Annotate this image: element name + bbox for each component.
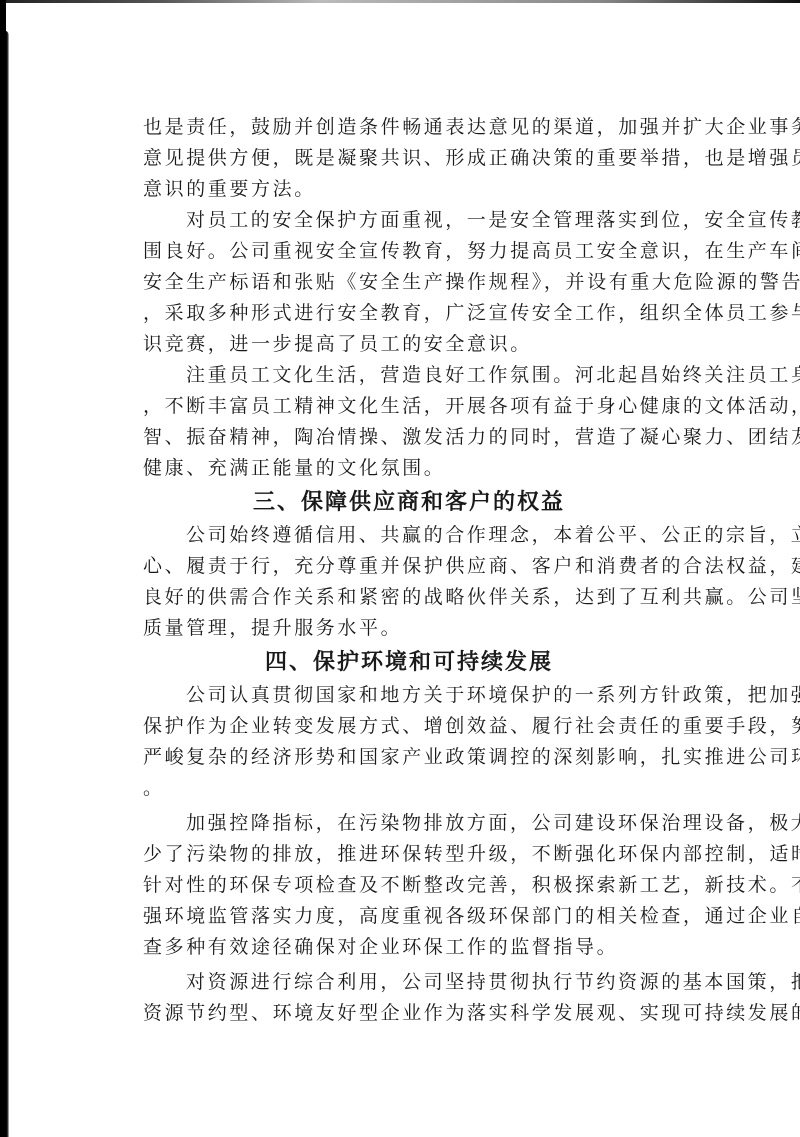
text-line: 也是责任，鼓励并创造条件畅通表达意见的渠道，加强并扩大企业事务公开表达 (143, 112, 669, 143)
text-line: 健康、充满正能量的文化氛围。 (143, 453, 669, 484)
text-line: 智、振奋精神，陶冶情操、激发活力的同时，营造了凝心聚力、团结友爱、积极 (143, 422, 669, 453)
paragraph-responsibility-continued: 也是责任，鼓励并创造条件畅通表达意见的渠道，加强并扩大企业事务公开表达 意见提供… (143, 112, 669, 205)
text-line: 意识的重要方法。 (143, 174, 669, 205)
text-line: 安全生产标语和张贴《安全生产操作规程》，并设有重大危险源的警告标识牌 (143, 267, 669, 298)
paragraph-environmental-policy: 公司认真贯彻国家和地方关于环境保护的一系列方针政策，把加强环境 保护作为企业转变… (143, 680, 669, 804)
scan-edge-top (0, 0, 800, 3)
section-heading-environment-sustainability: 四、保护环境和可持续发展 (143, 644, 669, 680)
section-heading-supplier-customer-rights: 三、保障供应商和客户的权益 (143, 484, 669, 520)
text-line: 良好的供需合作关系和紧密的战略伙伴关系，达到了互利共赢。公司坚持加强 (143, 582, 669, 613)
text-line: ，不断丰富员工精神文化生活，开展各项有益于身心健康的文体活动，在强身益 (143, 391, 669, 422)
text-line: 公司认真贯彻国家和地方关于环境保护的一系列方针政策，把加强环境 (143, 680, 669, 711)
text-line: 对员工的安全保护方面重视，一是安全管理落实到位，安全宣传教育氛 (143, 205, 669, 236)
text-line: 公司始终遵循信用、共赢的合作理念，本着公平、公正的宗旨，立责于 (143, 520, 669, 551)
text-line: 保护作为企业转变发展方式、增创效益、履行社会责任的重要手段，努力克服 (143, 711, 669, 742)
scan-edge-left (0, 30, 9, 1137)
document-page: 也是责任，鼓励并创造条件畅通表达意见的渠道，加强并扩大企业事务公开表达 意见提供… (143, 112, 669, 1029)
text-line: ，采取多种形式进行安全教育，广泛宣传安全工作，组织全体员工参与安全知 (143, 298, 669, 329)
text-line: 针对性的环保专项检查及不断整改完善，积极探索新工艺，新技术。不断加 (143, 870, 669, 901)
text-line: 识竞赛，进一步提高了员工的安全意识。 (143, 329, 669, 360)
text-line: 查多种有效途径确保对企业环保工作的监督指导。 (143, 932, 669, 963)
text-line: 。 (143, 773, 669, 804)
text-line: 围良好。公司重视安全宣传教育，努力提高员工安全意识，在生产车间悬挂 (143, 236, 669, 267)
text-line: 对资源进行综合利用，公司坚持贯彻执行节约资源的基本国策，把建设 (143, 967, 669, 998)
paragraph-resource-utilization: 对资源进行综合利用，公司坚持贯彻执行节约资源的基本国策，把建设 资源节约型、环境… (143, 967, 669, 1029)
paragraph-emission-control: 加强控降指标，在污染物排放方面，公司建设环保治理设备，极大地减 少了污染物的排放… (143, 808, 669, 963)
text-line: 强环境监管落实力度，高度重视各级环保部门的相关检查，通过企业自查、联 (143, 901, 669, 932)
paragraph-supplier-customer: 公司始终遵循信用、共赢的合作理念，本着公平、公正的宗旨，立责于 心、履责于行，充… (143, 520, 669, 644)
paragraph-employee-safety: 对员工的安全保护方面重视，一是安全管理落实到位，安全宣传教育氛 围良好。公司重视… (143, 205, 669, 360)
paragraph-employee-culture: 注重员工文化生活，营造良好工作氛围。河北起昌始终关注员工身心健康 ，不断丰富员工… (143, 360, 669, 484)
text-line: 资源节约型、环境友好型企业作为落实科学发展观、实现可持续发展的头等大 (143, 998, 669, 1029)
text-line: 严峻复杂的经济形势和国家产业政策调控的深刻影响，扎实推进公司环保工作 (143, 742, 669, 773)
text-line: 心、履责于行，充分尊重并保护供应商、客户和消费者的合法权益，建立起了 (143, 551, 669, 582)
text-line: 加强控降指标，在污染物排放方面，公司建设环保治理设备，极大地减 (143, 808, 669, 839)
text-line: 注重员工文化生活，营造良好工作氛围。河北起昌始终关注员工身心健康 (143, 360, 669, 391)
text-line: 质量管理，提升服务水平。 (143, 613, 669, 644)
text-line: 意见提供方便，既是凝聚共识、形成正确决策的重要举措，也是增强员工责任 (143, 143, 669, 174)
text-line: 少了污染物的排放，推进环保转型升级，不断强化环保内部控制，适时开展有 (143, 839, 669, 870)
